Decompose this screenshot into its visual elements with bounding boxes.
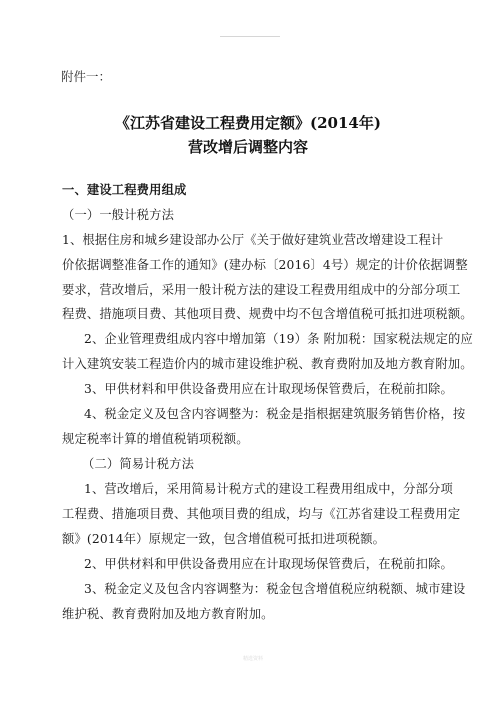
paragraph-line: 计入建筑安装工程造价内的城市建设维护税、教育费附加及地方教育附加。 [62,354,473,372]
page-footer: 精选资料 [243,655,263,662]
paragraph-line: 工程费、措施项目费、其他项目费的组成，均与《江苏省建设工程费用定 [62,504,460,522]
paragraph-line: 额》(2014年）原规定一致，包含增值税可抵扣进项税额。 [62,529,385,547]
paragraph-line: 程费、措施项目费、其他项目费、规费中均不包含增值税可抵扣进项税额。 [62,304,473,322]
paragraph-line: 2、企业管理费组成内容中增加第（19）条 附加税：国家税法规定的应 [84,329,473,347]
section-heading: 一、建设工程费用组成 [62,180,186,198]
attachment-label: 附件一： [61,67,111,85]
paragraph-line: 规定税率计算的增值税销项税额。 [62,429,249,447]
document-title: 《江苏省建设工程费用定额》(2014年) [0,112,496,133]
paragraph-line: 价依据调整准备工作的通知》(建办标〔2016〕4号）规定的计价依据调整 [62,255,468,273]
paragraph-line: 1、根据住房和城乡建设部办公厅《关于做好建筑业营改增建设工程计 [62,230,443,248]
subsection-heading: （一）一般计税方法 [62,205,174,223]
subsection-heading: （二）简易计税方法 [82,454,194,472]
paragraph-line: 1、营改增后，采用简易计税方式的建设工程费用组成中，分部分项 [84,479,453,497]
paragraph-line: 3、税金定义及包含内容调整为：税金包含增值税应纳税额、城市建设 [84,579,465,597]
paragraph-line: 3、甲供材料和甲供设备费用应在计取现场保管费后，在税前扣除。 [84,379,453,397]
paragraph-line: 2、甲供材料和甲供设备费用应在计取现场保管费后，在税前扣除。 [84,554,453,572]
paragraph-line: 维护税、教育费附加及地方教育附加。 [62,604,274,622]
paragraph-line: 要求，营改增后，采用一般计税方法的建设工程费用组成中的分部分项工 [62,280,460,298]
paragraph-line: 4、税金定义及包含内容调整为：税金是指根据建筑服务销售价格，按 [84,404,465,422]
document-subtitle: 营改增后调整内容 [0,136,496,157]
header-rule [220,36,280,37]
